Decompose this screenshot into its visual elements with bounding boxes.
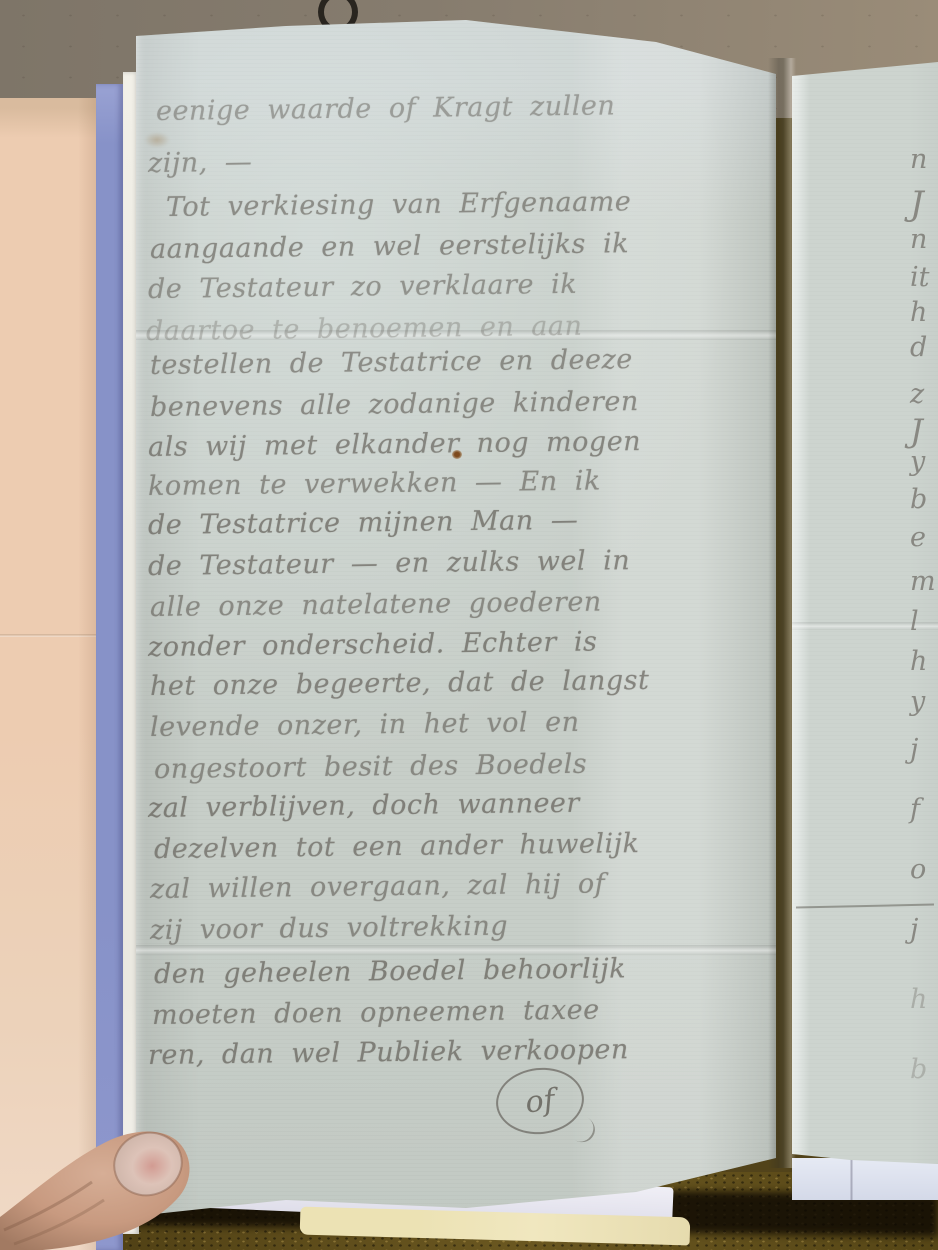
handwritten-line: het onze begeerte, dat de langst xyxy=(150,665,650,702)
right-page-edge-stack xyxy=(792,1158,938,1200)
manuscript-right-page: n J n it h d z J y b e m l h y j f o j h… xyxy=(792,62,938,1164)
handwriting-fragment: m xyxy=(910,566,936,597)
handwritten-line: aangaande en wel eerstelijks ik xyxy=(150,228,629,265)
handwritten-line: ren, dan wel Publiek verkoopen xyxy=(148,1034,629,1071)
handwritten-line: den geheelen Boedel behoorlijk xyxy=(154,953,626,990)
handwriting-fragment: y xyxy=(910,686,925,717)
handwritten-line: komen te verwekken — En ik xyxy=(148,465,601,502)
handwritten-line: als wij met elkander nog mogen xyxy=(148,426,641,463)
handwritten-line: dezelven tot een ander huwelijk xyxy=(154,828,640,865)
photo-scene: eenige waarde of Kragt zullen zijn, — To… xyxy=(0,0,938,1250)
handwritten-line: de Testateur zo verklaare ik xyxy=(148,269,577,305)
handwritten-line: levende onzer, in het vol en xyxy=(150,707,580,743)
circled-of: of xyxy=(493,1064,587,1139)
handwriting-fragment: J xyxy=(910,184,924,224)
handwriting-fragment: f xyxy=(910,794,920,825)
handwriting-fragment: e xyxy=(910,522,926,553)
handwriting-fragment: h xyxy=(910,646,927,677)
handwriting-fragment: n xyxy=(910,144,927,175)
fold-crease-lower xyxy=(136,945,776,955)
handwriting-fragment: y xyxy=(910,446,925,477)
pink-left-page xyxy=(0,98,96,1250)
handwriting-fragment: d xyxy=(910,332,927,363)
handwriting-fragment: it xyxy=(910,262,930,293)
handwritten-line: Tot verkiesing van Erfgenaame xyxy=(166,186,632,223)
handwritten-line: de Testateur — en zulks wel in xyxy=(148,545,631,582)
handwriting-fragment: b xyxy=(910,484,927,515)
handwriting-fragment: j xyxy=(910,914,918,945)
handwritten-line: testellen de Testatrice en deeze xyxy=(150,344,633,381)
handwritten-line: de Testatrice mijnen Man — xyxy=(148,505,579,541)
handwriting-fragment: h xyxy=(910,984,927,1015)
handwriting-fragment: J xyxy=(910,412,923,450)
handwriting-fragment: l xyxy=(910,606,919,637)
handwritten-line: eenige waarde of Kragt zullen xyxy=(156,90,616,127)
manuscript-left-page: eenige waarde of Kragt zullen zijn, — To… xyxy=(136,20,776,1228)
handwritten-line: zij voor dus voltrekking xyxy=(150,911,508,946)
handwriting-fragment: j xyxy=(910,734,918,765)
handwritten-line: daartoe te benoemen en aan xyxy=(146,311,583,347)
handwritten-line: ongestoort besit des Boedels xyxy=(154,749,588,785)
handwriting-fragment: o xyxy=(910,854,926,885)
handwritten-line: moeten doen opneemen taxee xyxy=(152,995,600,1031)
handwriting-fragment: n xyxy=(910,224,927,255)
blue-sheet-edge xyxy=(96,84,123,1250)
finger xyxy=(0,1112,236,1250)
handwriting-fragment: b xyxy=(910,1054,927,1085)
handwritten-line: zal willen overgaan, zal hij of xyxy=(150,868,606,905)
handwritten-line: benevens alle zodanige kinderen xyxy=(150,386,639,423)
handwriting-fragment: z xyxy=(910,379,924,410)
handwritten-line: zijn, — xyxy=(148,147,253,179)
handwritten-line: alle onze natelatene goederen xyxy=(150,586,602,623)
book-gutter xyxy=(768,58,796,1168)
handwritten-line: zal verblijven, doch wanneer xyxy=(148,788,580,824)
paper-stain xyxy=(144,132,170,148)
ruled-line-right-page xyxy=(796,904,934,909)
handwritten-line: zonder onderscheid. Echter is xyxy=(148,627,598,663)
handwritten-word-of: of xyxy=(524,1082,557,1120)
handwriting-fragment: h xyxy=(910,297,927,328)
